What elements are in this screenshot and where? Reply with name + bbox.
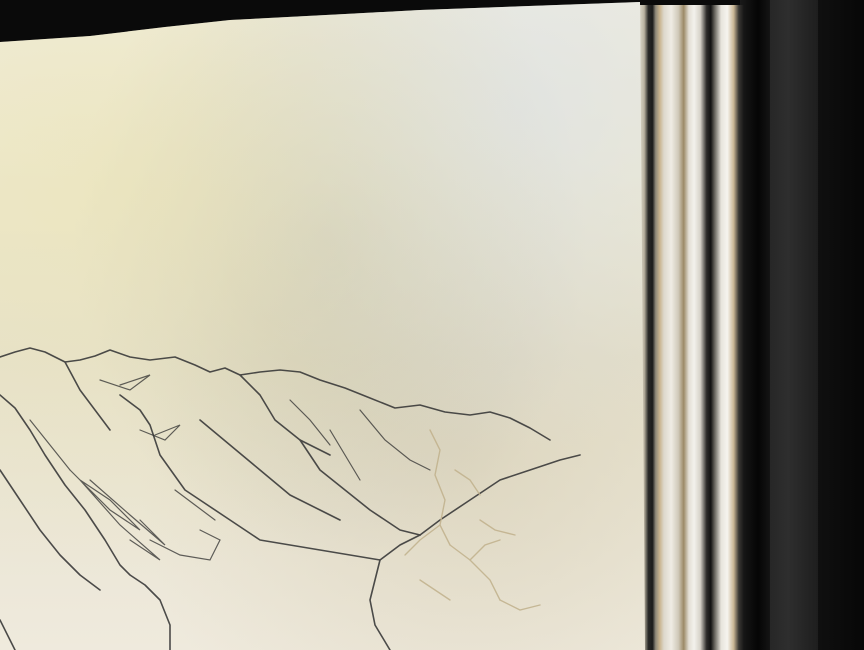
frame-inner-molding bbox=[768, 0, 818, 650]
frame-lip bbox=[740, 0, 770, 650]
panel-side-edge bbox=[640, 5, 744, 650]
artwork-photo bbox=[0, 0, 864, 650]
wax-panel-face bbox=[0, 0, 645, 650]
frame-outer-molding bbox=[815, 0, 864, 650]
